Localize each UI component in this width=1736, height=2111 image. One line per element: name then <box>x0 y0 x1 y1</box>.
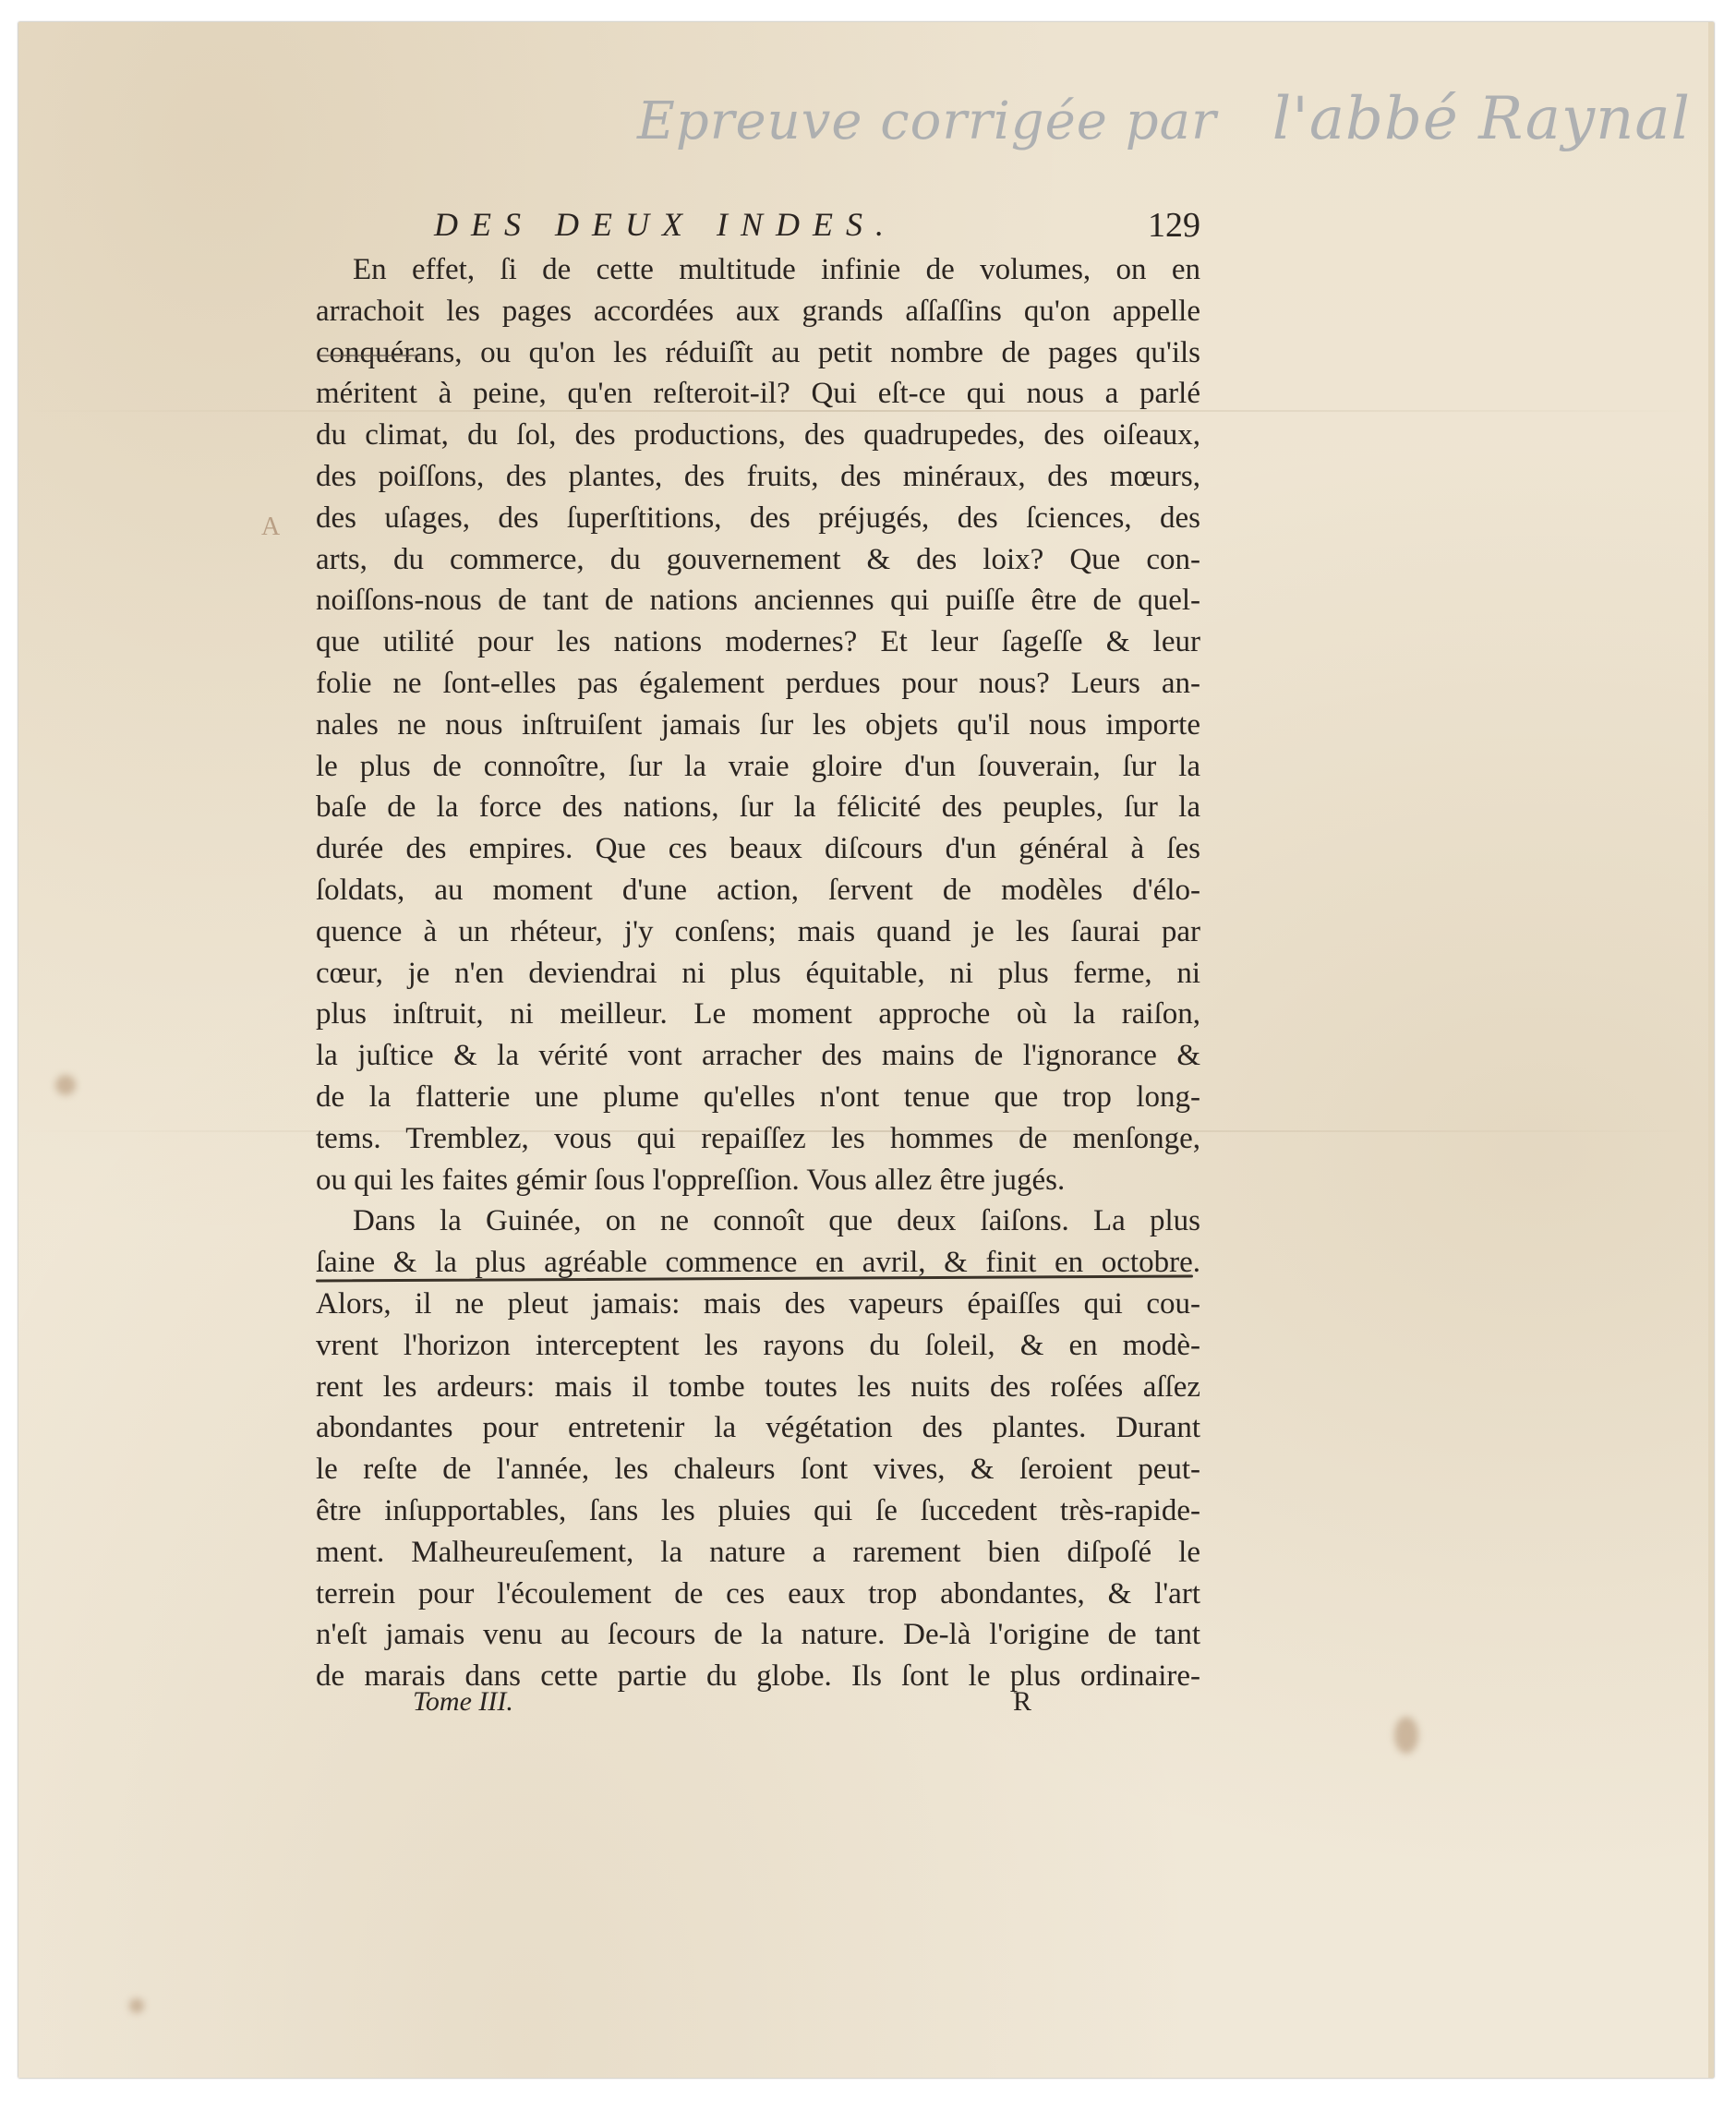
foxing-stain <box>55 1075 76 1095</box>
annotation-signature: l'abbé Raynal <box>1272 85 1691 153</box>
annotation-text: Epreuve corrigée par <box>637 91 1217 151</box>
volume-label: Tome III. <box>413 1686 513 1718</box>
margin-offset-mark: A <box>261 513 280 542</box>
text-line: n'eſt jamais venu au ſecours de la natur… <box>316 1614 1200 1656</box>
text-line: de la flatterie une plume qu'elles n'ont… <box>316 1077 1200 1118</box>
text-line: baſe de la force des nations, ſur la fél… <box>316 787 1200 828</box>
body-text: En effet, ſi de cette multitude infinie … <box>316 249 1200 1697</box>
text-line: ment. Malheureuſement, la nature a rarem… <box>316 1532 1200 1574</box>
text-line: méritent à peine, qu'en reſteroit-il? Qu… <box>316 373 1200 415</box>
text-line: du climat, du ſol, des productions, des … <box>316 415 1200 456</box>
text-line: être inſupportables, ſans les pluies qui… <box>316 1490 1200 1532</box>
signature-mark: R <box>1013 1686 1031 1718</box>
text-line: le plus de connoître, ſur la vraie gloir… <box>316 746 1200 788</box>
page-number: 129 <box>1148 205 1200 246</box>
text-line: Alors, il ne pleut jamais: mais des vape… <box>316 1284 1200 1325</box>
running-head-title: DES DEUX INDES. <box>434 205 897 244</box>
pencil-annotation: Epreuve corrigée parl'abbé Raynal <box>637 85 1691 153</box>
text-line: conquérans, ou qu'on les réduiſît au pet… <box>316 332 1200 374</box>
text-line: vrent l'horizon interceptent les rayons … <box>316 1325 1200 1367</box>
foxing-stain <box>1394 1717 1418 1754</box>
text-line: plus inſtruit, ni meilleur. Le moment ap… <box>316 994 1200 1035</box>
text-line: Dans la Guinée, on ne connoît que deux ſ… <box>316 1200 1200 1242</box>
text-line: arts, du commerce, du gouvernement & des… <box>316 539 1200 581</box>
text-line: abondantes pour entretenir la végétation… <box>316 1407 1200 1449</box>
text-line: des uſages, des ſuperſtitions, des préju… <box>316 498 1200 539</box>
running-head: DES DEUX INDES. 129 <box>434 205 1200 251</box>
text-line: tems. Tremblez, vous qui repaiſſez les h… <box>316 1118 1200 1160</box>
text-line: ou qui les faites gémir ſous l'oppreſſio… <box>316 1160 1200 1201</box>
text-line: terrein pour l'écoulement de ces eaux tr… <box>316 1574 1200 1615</box>
text-line: ſoldats, au moment d'une action, ſervent… <box>316 870 1200 911</box>
text-line: arrachoit les pages accordées aux grands… <box>316 291 1200 332</box>
text-line: le reſte de l'année, les chaleurs ſont v… <box>316 1449 1200 1490</box>
ink-underline-mark <box>319 355 420 356</box>
text-line: folie ne ſont-elles pas également perdue… <box>316 663 1200 705</box>
text-line: En effet, ſi de cette multitude infinie … <box>316 249 1200 291</box>
text-line: durée des empires. Que ces beaux diſcour… <box>316 828 1200 870</box>
text-line: noiſſons-nous de tant de nations ancienn… <box>316 580 1200 621</box>
text-line: des poiſſons, des plantes, des fruits, d… <box>316 456 1200 498</box>
text-line: que utilité pour les nations modernes? E… <box>316 621 1200 663</box>
text-line: quence à un rhéteur, j'y conſens; mais q… <box>316 911 1200 953</box>
text-line: nales ne nous inſtruiſent jamais ſur les… <box>316 705 1200 746</box>
text-line: rent les ardeurs: mais il tombe toutes l… <box>316 1367 1200 1408</box>
page-footer: Tome III. R <box>316 1686 1200 1727</box>
text-line: la juſtice & la vérité vont arracher des… <box>316 1035 1200 1077</box>
paragraph-1: En effet, ſi de cette multitude infinie … <box>316 249 1200 1200</box>
text-line: cœur, je n'en deviendrai ni plus équitab… <box>316 953 1200 995</box>
foxing-stain <box>129 1998 144 2013</box>
